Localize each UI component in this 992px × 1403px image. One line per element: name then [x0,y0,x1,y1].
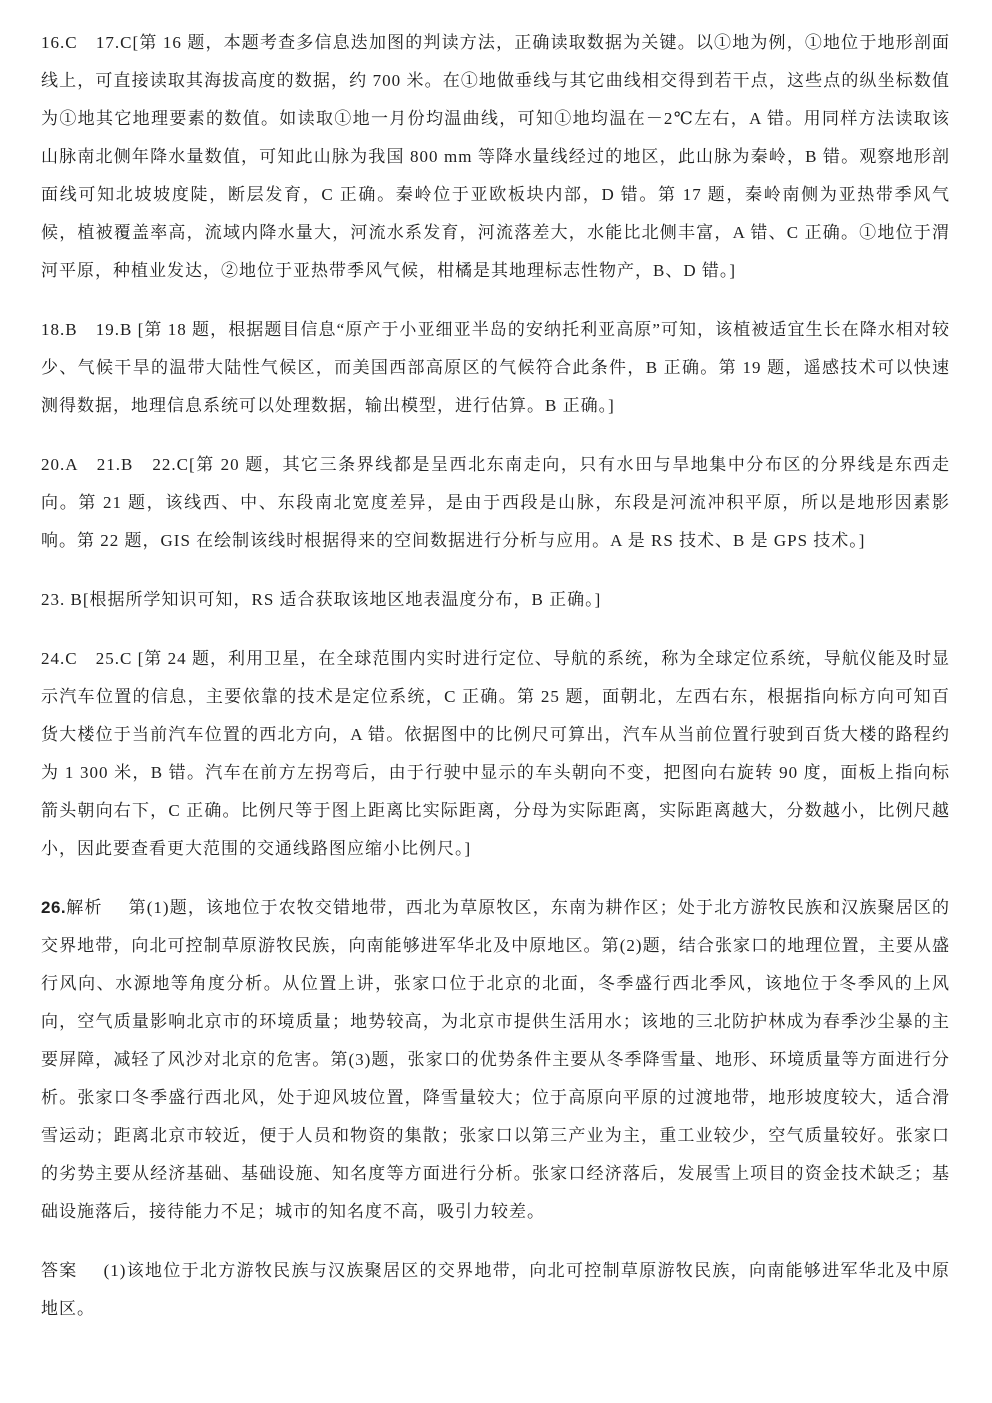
paragraph-text: 24.C 25.C [第 24 题，利用卫星，在全球范围内实时进行定位、导航的系… [41,649,950,858]
answer-paragraph-20-22: 20.A 21.B 22.C[第 20 题，其它三条界线都是呈西北东南走向，只有… [41,446,950,560]
question-number: 26. [41,898,66,917]
answer-paragraph-26: 答案(1)该地位于北方游牧民族与汉族聚居区的交界地带，向北可控制草原游牧民族，向… [41,1252,950,1328]
paragraph-text: 第(1)题，该地位于农牧交错地带，西北为草原牧区，东南为耕作区；处于北方游牧民族… [41,898,950,1221]
paragraph-text: 18.B 19.B [第 18 题，根据题目信息“原产于小亚细亚半岛的安纳托利亚… [41,320,950,415]
analysis-label: 解析 [66,898,102,917]
answer-label: 答案 [41,1261,78,1280]
answer-paragraph-23: 23. B[根据所学知识可知，RS 适合获取该地区地表温度分布，B 正确。] [41,581,950,619]
answer-paragraph-18-19: 18.B 19.B [第 18 题，根据题目信息“原产于小亚细亚半岛的安纳托利亚… [41,311,950,425]
answer-paragraph-24-25: 24.C 25.C [第 24 题，利用卫星，在全球范围内实时进行定位、导航的系… [41,640,950,868]
analysis-paragraph-26: 26.解析第(1)题，该地位于农牧交错地带，西北为草原牧区，东南为耕作区；处于北… [41,889,950,1231]
paragraph-text: 20.A 21.B 22.C[第 20 题，其它三条界线都是呈西北东南走向，只有… [41,455,950,550]
answer-paragraph-16-17: 16.C 17.C[第 16 题，本题考查多信息迭加图的判读方法，正确读取数据为… [41,24,950,290]
document-page: 16.C 17.C[第 16 题，本题考查多信息迭加图的判读方法，正确读取数据为… [0,0,992,1403]
paragraph-text: 23. B[根据所学知识可知，RS 适合获取该地区地表温度分布，B 正确。] [41,590,601,609]
paragraph-text: 16.C 17.C[第 16 题，本题考查多信息迭加图的判读方法，正确读取数据为… [41,33,950,280]
paragraph-text: (1)该地位于北方游牧民族与汉族聚居区的交界地带，向北可控制草原游牧民族，向南能… [41,1261,950,1318]
